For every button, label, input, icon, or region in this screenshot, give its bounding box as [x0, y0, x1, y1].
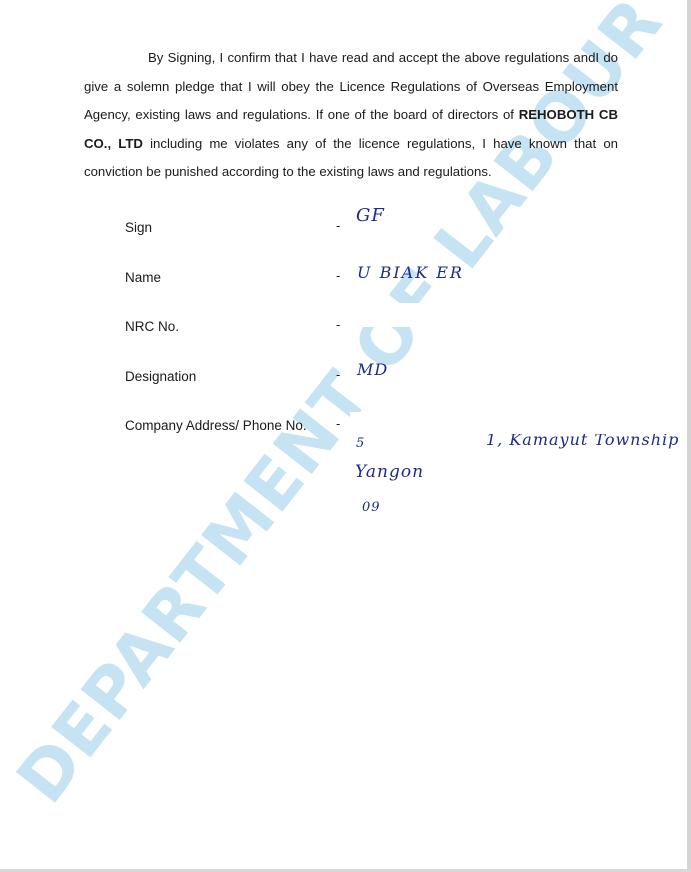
field-separator-address: - — [336, 416, 340, 431]
field-separator-designation: - — [336, 367, 340, 382]
field-label-address: Company Address/ Phone No. — [125, 418, 307, 433]
field-label-designation: Designation — [125, 369, 196, 384]
field-label-sign: Sign — [125, 220, 152, 235]
designation-value: MD — [357, 360, 388, 379]
document-page: DEPARTMENT OF LABOUR By Signing, I confi… — [0, 0, 687, 869]
pledge-paragraph: By Signing, I confirm that I have read a… — [84, 44, 618, 187]
redacted-nrc-value — [350, 303, 550, 327]
field-separator-sign: - — [336, 218, 340, 233]
signature-mark: GF — [356, 205, 385, 226]
scan-edge-right — [687, 0, 691, 872]
address-line2: Yangon — [355, 462, 424, 482]
field-label-nrc: NRC No. — [125, 319, 179, 334]
field-label-name: Name — [125, 270, 161, 285]
redacted-address-line — [350, 412, 670, 434]
field-separator-name: - — [336, 268, 340, 283]
name-value: U BIAK ER — [357, 263, 464, 282]
paragraph-text-2: including me violates any of the licence… — [84, 136, 618, 180]
address-line1-start: 5 — [356, 436, 365, 451]
field-separator-nrc: - — [336, 317, 340, 332]
address-line3-phone: 09 — [362, 500, 381, 515]
